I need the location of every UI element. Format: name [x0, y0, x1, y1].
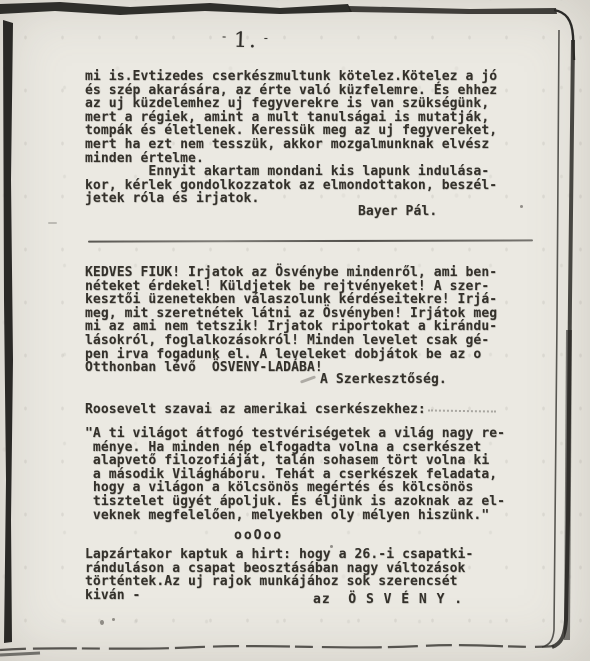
scanned-document-page: - 1. - mi is.Evtizedes cserkészmultunk k…	[0, 0, 590, 661]
ink-speck	[48, 222, 57, 224]
ink-smudge-dots	[428, 403, 496, 412]
left-edge-artifact	[3, 20, 13, 643]
ink-speck	[112, 618, 115, 621]
section-divider-rule	[88, 239, 533, 242]
article1-signature: Bayer Pál.	[358, 205, 437, 219]
article2-body: KEDVES FIUK! Irjatok az Ösvénybe mindenr…	[85, 266, 497, 375]
news-signature: az Ö S V É N Y .	[313, 593, 463, 607]
ink-smudge	[300, 375, 316, 383]
roosevelt-heading: Roosevelt szavai az amerikai cserkészekh…	[85, 403, 426, 417]
top-edge-artifact	[0, 2, 352, 15]
page-number-dash-right: -	[258, 30, 270, 44]
article2-signature: A Szerkesztőség.	[320, 373, 447, 387]
page-number-dash-left: -	[222, 29, 234, 43]
ink-speck	[520, 205, 523, 208]
ornament-separator: ooOoo	[234, 529, 283, 543]
ink-speck	[100, 620, 104, 625]
ink-speck	[330, 545, 333, 548]
roosevelt-quote: "A ti világot átfogó testvériségetek a v…	[85, 427, 505, 522]
bottom-edge-artifact	[0, 645, 554, 650]
page-number-value: 1.	[233, 28, 258, 53]
page-number: - 1. -	[222, 27, 271, 53]
article1-body: mi is.Evtizedes cserkészmultunk kötelez.…	[85, 70, 497, 206]
right-page-edge	[552, 40, 573, 647]
